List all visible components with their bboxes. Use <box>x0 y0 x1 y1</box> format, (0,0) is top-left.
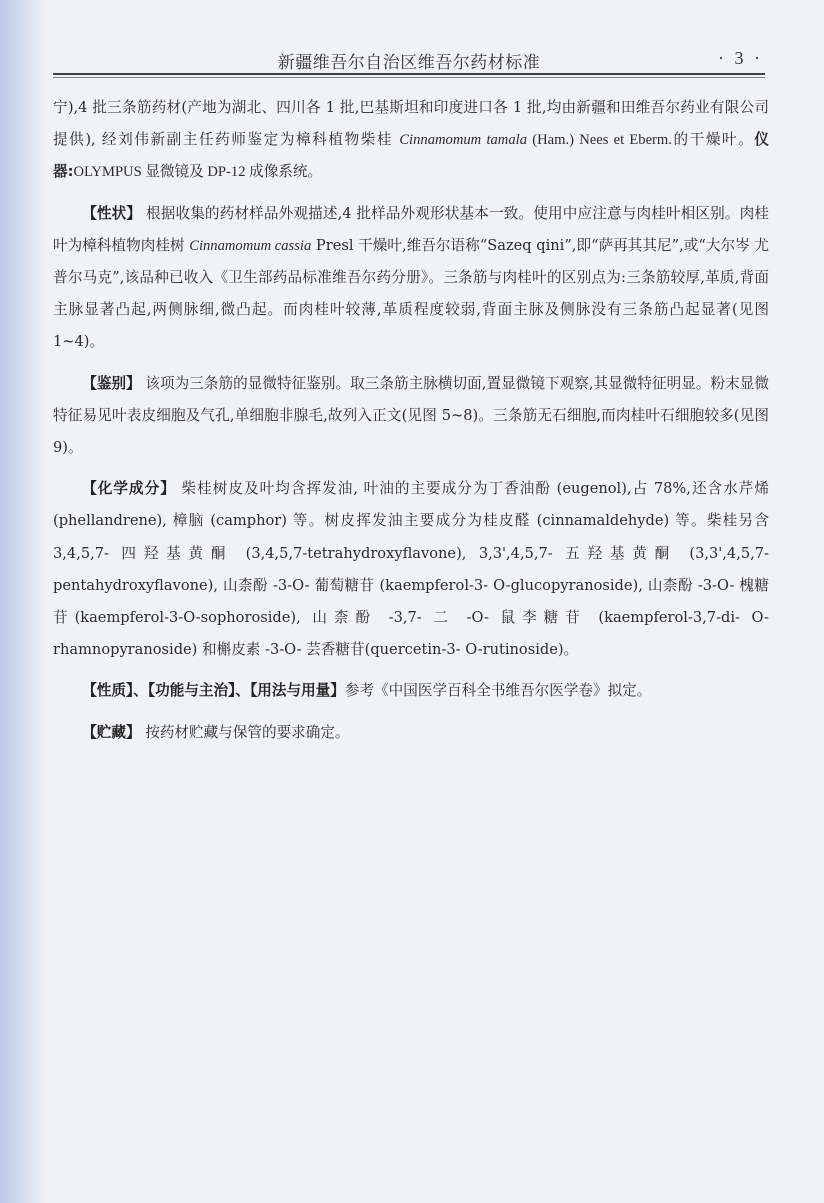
section-tag-chemistry: 【化学成分】 <box>82 480 176 497</box>
book-spine-shadow <box>0 0 48 1203</box>
section-properties: 【性质】、【功能与主治】、【用法与用量】参考《中国医学百科全书维吾尔医学卷》拟定… <box>53 675 769 707</box>
section-storage: 【贮藏】 按药材贮藏与保管的要求确定。 <box>53 717 769 749</box>
header-rule-thick <box>53 73 765 75</box>
properties-text: 参考《中国医学百科全书维吾尔医学卷》拟定。 <box>345 682 651 699</box>
section-chemistry: 【化学成分】 柴桂树皮及叶均含挥发油, 叶油的主要成分为丁香油酚 (eugeno… <box>53 473 769 666</box>
intro-text-b: (Ham.) Nees et Eberm.的干燥叶。 <box>527 132 754 148</box>
chemistry-text: 柴桂树皮及叶均含挥发油, 叶油的主要成分为丁香油酚 (eugenol),占 78… <box>53 480 769 658</box>
section-description: 【性状】 根据收集的药材样品外观描述,4 批样品外观形状基本一致。使用中应注意与… <box>53 198 769 359</box>
header-rule-thin <box>53 77 765 78</box>
section-tag-identification: 【鉴别】 <box>82 375 141 392</box>
species-name-tamala: Cinnamomum tamala <box>399 132 527 148</box>
section-tag-description: 【性状】 <box>82 205 141 222</box>
section-identification: 【鉴别】 该项为三条筋的显微特征鉴别。取三条筋主脉横切面,置显微镜下观察,其显微… <box>53 368 769 465</box>
section-tag-storage: 【贮藏】 <box>82 724 140 741</box>
body-text: 宁),4 批三条筋药材(产地为湖北、四川各 1 批,巴基斯坦和印度进口各 1 批… <box>53 92 769 758</box>
intro-paragraph: 宁),4 批三条筋药材(产地为湖北、四川各 1 批,巴基斯坦和印度进口各 1 批… <box>53 92 769 189</box>
species-name-cassia: Cinnamomum cassia <box>189 238 311 254</box>
storage-text: 按药材贮藏与保管的要求确定。 <box>141 724 350 741</box>
page-header: 新疆维吾尔自治区维吾尔药材标准 · 3 · <box>53 44 765 78</box>
page-number: · 3 · <box>718 48 763 69</box>
instrument-text: OLYMPUS 显微镜及 DP-12 成像系统。 <box>73 164 322 180</box>
identification-text: 该项为三条筋的显微特征鉴别。取三条筋主脉横切面,置显微镜下观察,其显微特征明显。… <box>53 375 769 456</box>
running-title: 新疆维吾尔自治区维吾尔药材标准 <box>53 48 765 73</box>
section-tag-properties: 【性质】、【功能与主治】、【用法与用量】 <box>82 682 345 699</box>
